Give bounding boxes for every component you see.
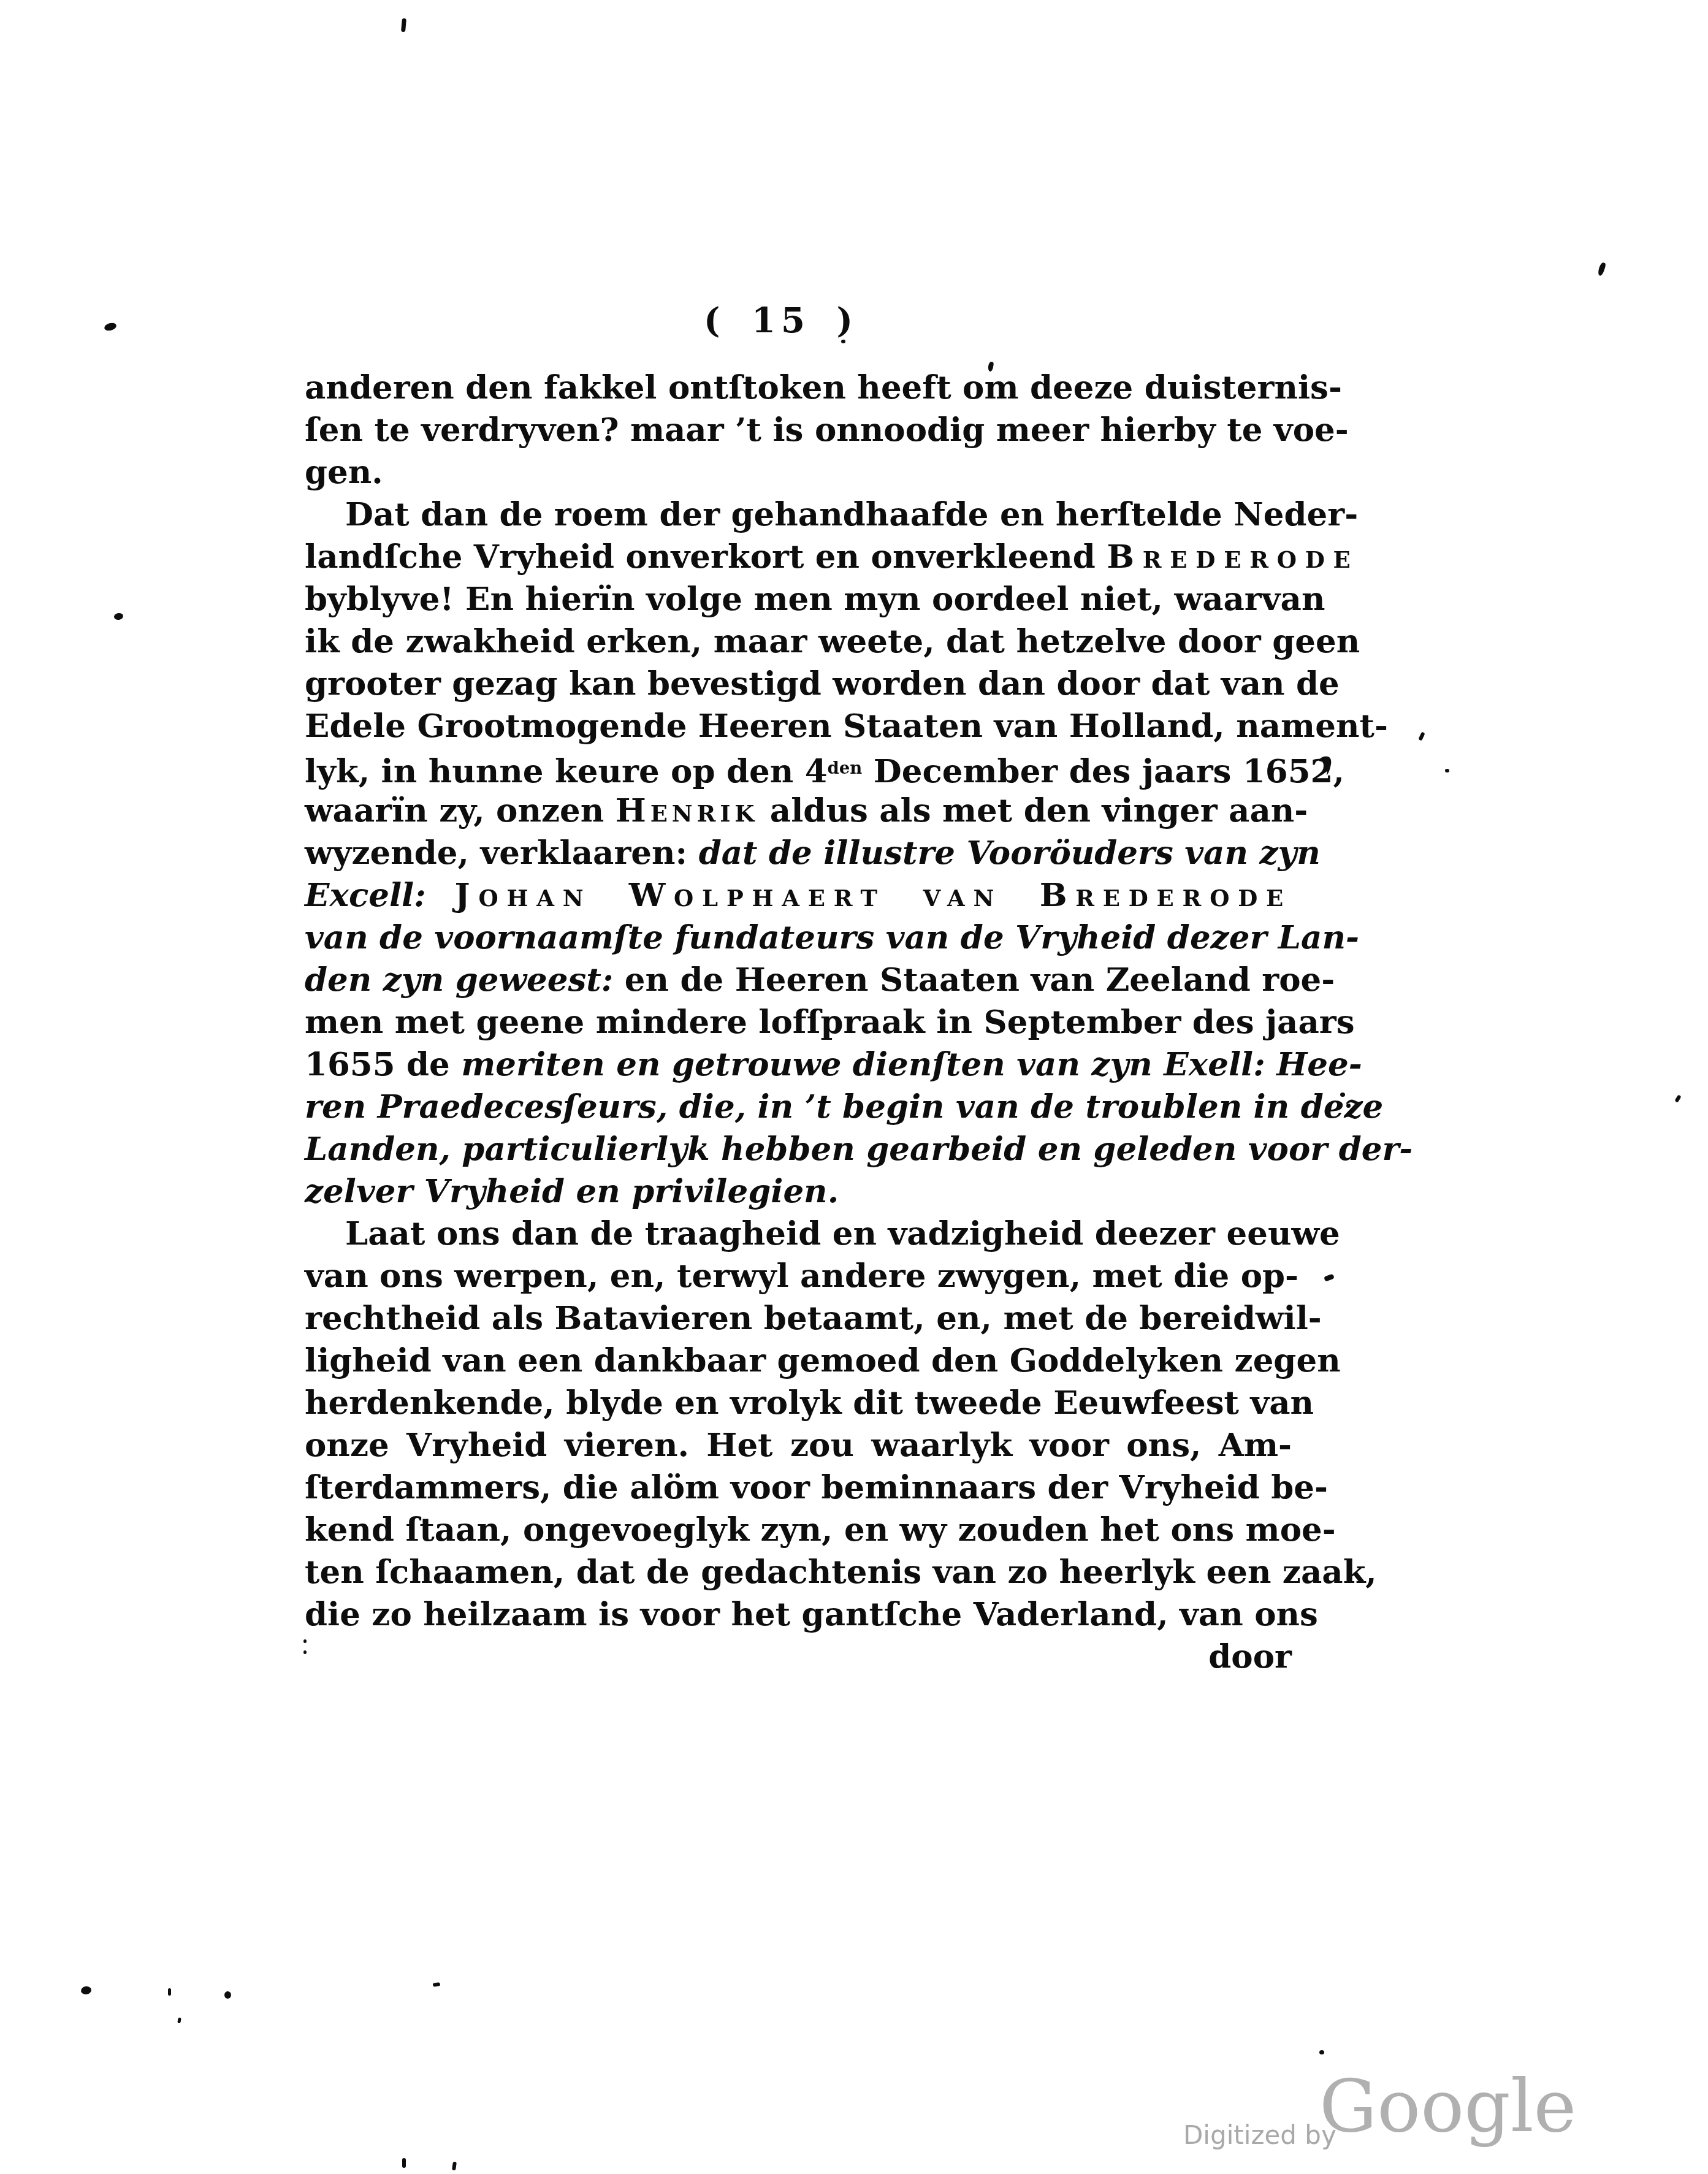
text-line: ten ſchaamen, dat de gedachtenis van zo … (305, 1551, 1292, 1593)
text-segment: ten ſchaamen, dat de gedachtenis van zo … (305, 1553, 1377, 1591)
text-segment: gen. (305, 453, 383, 491)
text-segment: ren Praedecesſeurs, die, in ’t begin van… (305, 1088, 1383, 1126)
text-line: ren Praedecesſeurs, die, in ’t begin van… (305, 1086, 1292, 1128)
text-segment: zelver Vryheid en privilegien. (305, 1172, 839, 1210)
ink-speck (402, 2158, 406, 2168)
ink-speck (104, 322, 117, 332)
text-line: Edele Grootmogende Heeren Staaten van Ho… (305, 705, 1292, 747)
ink-speck (1418, 731, 1425, 741)
text-segment: grooter gezag kan bevestigd worden dan d… (305, 665, 1340, 703)
page-number-header: ( 15 ) (704, 300, 858, 341)
text-segment: van ons werpen, en, terwyl andere zwygen… (305, 1257, 1298, 1295)
text-line: door (305, 1636, 1292, 1678)
ink-speck (1319, 2050, 1324, 2054)
text-line: grooter gezag kan bevestigd worden dan d… (305, 663, 1292, 705)
text-segment: Laat ons dan de traagheid en vadzigheid … (345, 1215, 1340, 1253)
text-line: onze Vryheid vieren. Het zou waarlyk voo… (305, 1424, 1292, 1466)
text-segment: Brederode (1107, 538, 1359, 576)
text-segment: door (1208, 1638, 1292, 1676)
ink-speck (1445, 769, 1449, 772)
text-line: ſen te verdryven? maar ’t is onnoodig me… (305, 409, 1292, 451)
text-segment: rechtheid als Batavieren betaamt, en, me… (305, 1299, 1322, 1337)
text-segment: anderen den fakkel ontſtoken heeft om de… (305, 368, 1342, 406)
text-segment: die zo heilzaam is voor het gantſche Vad… (305, 1595, 1318, 1633)
text-segment: herdenkende, blyde en vrolyk dit tweede … (305, 1384, 1314, 1422)
text-segment: onze Vryheid vieren. Het zou waarlyk voo… (305, 1426, 1292, 1464)
text-line: Laat ons dan de traagheid en vadzigheid … (305, 1213, 1292, 1255)
google-logo: Google (1319, 2064, 1576, 2148)
text-segment: Henrik (616, 791, 759, 830)
text-segment: dat de illustre Vooröuders van zyn (699, 834, 1321, 872)
text-segment: Dat dan de roem der gehandhaafde en herſ… (345, 495, 1358, 533)
ink-speck (401, 18, 406, 32)
text-line: van ons werpen, en, terwyl andere zwygen… (305, 1255, 1292, 1297)
ink-speck (1674, 1094, 1681, 1102)
ink-speck (1324, 1274, 1335, 1282)
text-line: die zo heilzaam is voor het gantſche Vad… (305, 1593, 1292, 1636)
text-line: anderen den fakkel ontſtoken heeft om de… (305, 367, 1292, 409)
text-line: byblyve! En hierïn volge men myn oordeel… (305, 578, 1292, 620)
text-line: kend ſtaan, ongevoeglyk zyn, en wy zoude… (305, 1509, 1292, 1551)
text-segment: ſen te verdryven? maar ’t is onnoodig me… (305, 411, 1349, 449)
text-segment: Excell: (305, 876, 455, 914)
text-line: Dat dan de roem der gehandhaafde en herſ… (305, 494, 1292, 536)
digitized-by-label: Digitized by (1183, 2120, 1336, 2150)
text-segment: men met geene mindere lofſpraak in Septe… (305, 1003, 1355, 1041)
text-segment: den zyn geweest: (305, 961, 625, 999)
text-segment: December des jaars 1652, (862, 752, 1344, 790)
text-segment: aldus als met den vinger aan- (758, 791, 1308, 830)
ink-speck (1597, 262, 1606, 277)
text-segment: Edele Grootmogende Heeren Staaten van Ho… (305, 707, 1388, 745)
ink-speck (224, 1991, 231, 1999)
text-segment: landſche Vryheid onverkort en onverkleen… (305, 538, 1107, 576)
text-line: Landen, particulierlyk hebben gearbeid e… (305, 1128, 1292, 1170)
text-line: herdenkende, blyde en vrolyk dit tweede … (305, 1382, 1292, 1424)
text-line: ik de zwakheid erken, maar weete, dat he… (305, 620, 1292, 663)
ink-speck (168, 1988, 171, 1996)
text-segment: lyk, in hunne keure op den 4 (305, 752, 828, 790)
text-line: lyk, in hunne keure op den 4den December… (305, 747, 1292, 790)
text-segment: Johan Wolphaert van Brederode (455, 876, 1292, 914)
text-line: ligheid van een dankbaar gemoed den Godd… (305, 1340, 1292, 1382)
text-line: van de voornaamſte fundateurs van de Vry… (305, 917, 1292, 959)
text-line: rechtheid als Batavieren betaamt, en, me… (305, 1297, 1292, 1340)
text-segment: Landen, particulierlyk hebben gearbeid e… (305, 1130, 1413, 1168)
ink-speck (452, 2162, 457, 2171)
text-segment: waarïn zy, onzen (305, 791, 616, 830)
text-line: wyzende, verklaaren: dat de illustre Voo… (305, 832, 1292, 874)
ink-speck (80, 1986, 92, 1996)
text-line: waarïn zy, onzen Henrik aldus als met de… (305, 790, 1292, 832)
ink-speck (433, 1982, 441, 1987)
text-line: 1655 de meriten en getrouwe dienſten van… (305, 1043, 1292, 1086)
text-segment: wyzende, verklaaren: (305, 834, 699, 872)
book-page: ( 15 ) anderen den fakkel ontſtoken heef… (0, 0, 1708, 2174)
text-line: Excell: Johan Wolphaert van Brederode (305, 874, 1292, 917)
text-line: ſterdammers, die alöm voor beminnaars de… (305, 1466, 1292, 1509)
text-segment: ik de zwakheid erken, maar weete, dat he… (305, 622, 1360, 660)
text-segment: den (828, 758, 863, 778)
text-segment: van de voornaamſte fundateurs van de Vry… (305, 918, 1359, 956)
text-line: landſche Vryheid onverkort en onverkleen… (305, 536, 1292, 578)
text-block: anderen den fakkel ontſtoken heeft om de… (305, 367, 1292, 1678)
text-line: zelver Vryheid en privilegien. (305, 1170, 1292, 1213)
text-segment: ligheid van een dankbaar gemoed den Godd… (305, 1341, 1341, 1379)
text-line: den zyn geweest: en de Heeren Staaten va… (305, 959, 1292, 1001)
text-segment: meriten en getrouwe dienſten van zyn Exe… (461, 1045, 1362, 1083)
text-segment: kend ſtaan, ongevoeglyk zyn, en wy zoude… (305, 1511, 1336, 1549)
text-segment: en de Heeren Staaten van Zeeland roe- (625, 961, 1335, 999)
ink-speck (113, 612, 124, 620)
text-segment: ſterdammers, die alöm voor beminnaars de… (305, 1468, 1328, 1506)
text-segment: 1655 de (305, 1045, 461, 1083)
text-line: men met geene mindere lofſpraak in Septe… (305, 1001, 1292, 1043)
text-segment: byblyve! En hierïn volge men myn oordeel… (305, 580, 1325, 618)
ink-speck (177, 2018, 181, 2024)
text-line: gen. (305, 451, 1292, 494)
